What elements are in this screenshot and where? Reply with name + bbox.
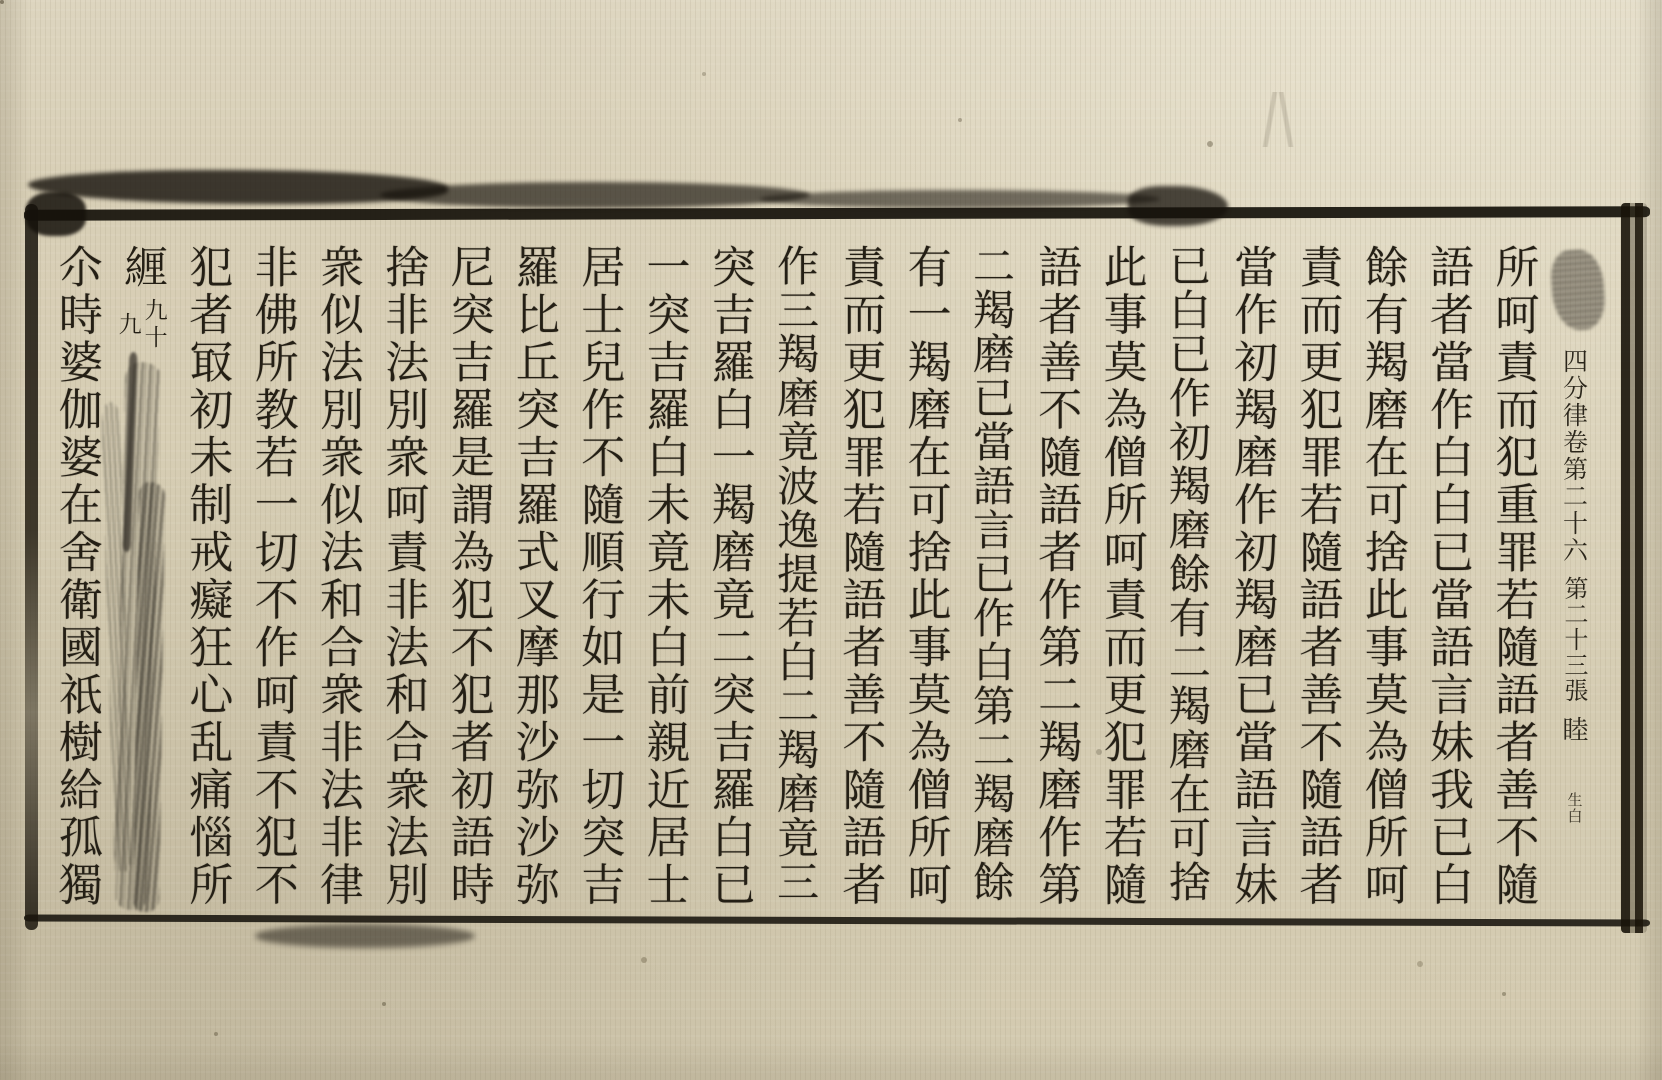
ink-smudge-top (380, 182, 810, 208)
text-column-01: 所呵責而犯重罪若隨語者善不隨 (1480, 212, 1545, 930)
text-column-12: 作三羯磨竟波逸提若白二羯磨竟三 (761, 212, 826, 930)
sheet-number: 第二十三張 (1561, 576, 1585, 704)
scratch-marks (1195, 92, 1345, 147)
text-column-16: 羅比丘突吉羅式叉摩那沙弥沙弥 (500, 212, 565, 930)
text-column-22-marker: 緾 九十 九 (108, 212, 173, 930)
text-column-21: 犯者冣初未制戒癡狂心乱痛惱所 (174, 212, 239, 930)
text-column-14: 一突吉羅白未竟未白前親近居士 (631, 212, 696, 930)
block-border-right (1621, 203, 1647, 933)
text-column-04: 責而更犯罪若隨語者善不隨語者 (1284, 212, 1349, 930)
text-column-08: 語者善不隨語者作第二羯磨作第 (1023, 212, 1088, 930)
text-column-13: 突吉羅白一羯磨竟二突吉羅白已 (696, 212, 761, 930)
tiny-note: 生白 (1566, 792, 1581, 824)
text-column-09: 二羯磨已當語言已作白第二羯磨餘 (957, 212, 1022, 930)
text-column-06: 已白已作初羯磨餘有二羯磨在可捨 (1153, 212, 1218, 930)
ink-smudge-top (760, 190, 1160, 208)
text-column-15: 居士兒作不隨順行如是一切突吉 (566, 212, 631, 930)
sutra-page-scan: 四分律卷第二十六 第二十三張 睦 生白 所呵責而犯重罪若隨語者善不隨 語者當作白… (0, 0, 1662, 1080)
text-column-23: 尒時婆伽婆在舍衛國祇樹給孤獨 (43, 212, 108, 930)
paper-specks (0, 0, 4, 4)
marker-numerals: 九十 九 (117, 298, 166, 352)
text-column-10: 有一羯磨在可捨此事莫為僧所呵 (892, 212, 957, 930)
text-column-18: 捨非法別衆呵責非法和合衆法別 (370, 212, 435, 930)
text-column-02: 語者當作白白已當語言妹我已白 (1414, 212, 1479, 930)
volume-title: 四分律卷第二十六 (1561, 348, 1586, 564)
marker-character: 緾 (119, 244, 163, 288)
marker-numeral-left: 九 (117, 312, 140, 352)
marker-numeral-right: 九十 (143, 298, 166, 352)
text-column-05: 當作初羯磨作初羯磨已當語言妹 (1219, 212, 1284, 930)
block-border-left (25, 204, 38, 930)
text-column-03: 餘有羯磨在可捨此事莫為僧所呵 (1349, 212, 1414, 930)
text-column-20: 非佛所教若一切不作呵責不犯不 (239, 212, 304, 930)
text-column-17: 尼突吉羅是謂為犯不犯者初語時 (435, 212, 500, 930)
header-column: 四分律卷第二十六 第二十三張 睦 生白 (1543, 212, 1603, 930)
ink-smudge-top (28, 170, 448, 204)
text-columns: 所呵責而犯重罪若隨語者善不隨 語者當作白白已當語言妹我已白 餘有羯磨在可捨此事莫… (42, 212, 1545, 930)
text-column-19: 衆似法別衆似法和合衆非法非律 (304, 212, 369, 930)
text-column-07: 此事莫為僧所呵責而更犯罪若隨 (1088, 212, 1153, 930)
call-character: 睦 (1560, 716, 1586, 742)
text-column-11: 責而更犯罪若隨語者善不隨語者 (827, 212, 892, 930)
